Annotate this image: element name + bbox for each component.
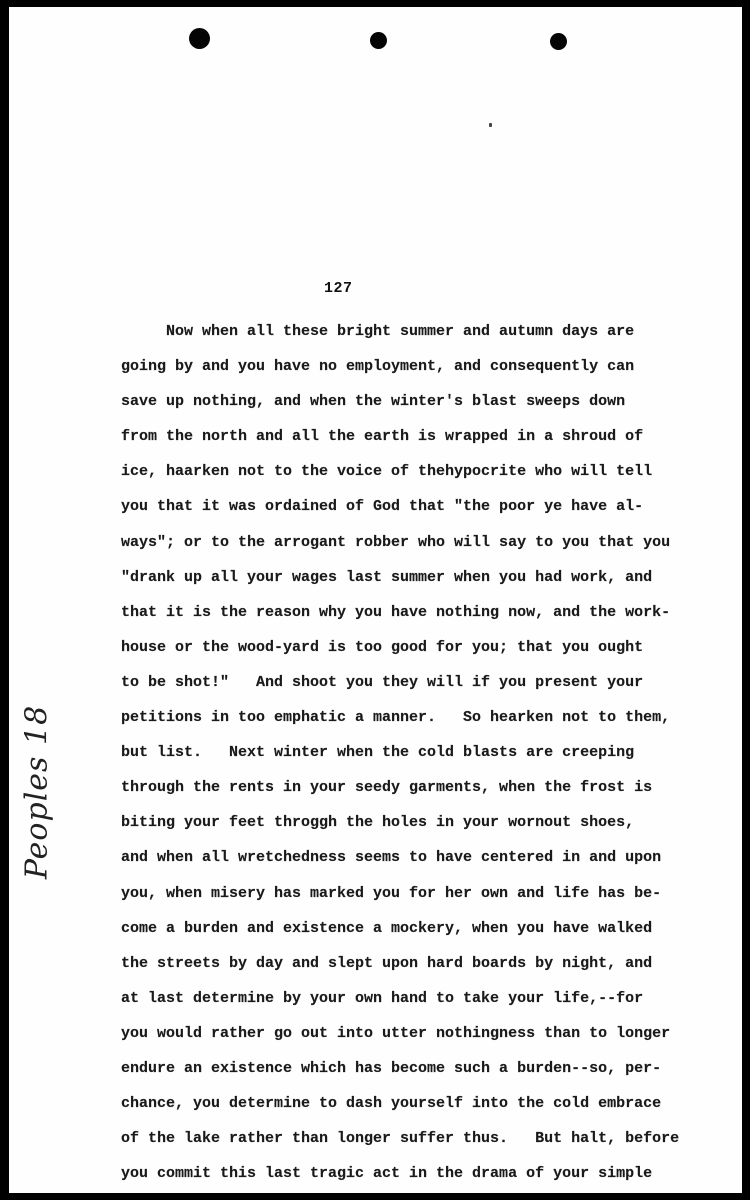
text-line: the streets by day and slept upon hard b… [121,946,721,981]
text-line: petitions in too emphatic a manner. So h… [121,700,721,735]
text-line: you that it was ordained of God that "th… [121,489,721,524]
typed-paragraph: Now when all these bright summer and aut… [121,314,721,1191]
text-line: endure an existence which has become suc… [121,1051,721,1086]
text-line: but list. Next winter when the cold blas… [121,735,721,770]
text-line: save up nothing, and when the winter's b… [121,384,721,419]
text-line: you, when misery has marked you for her … [121,876,721,911]
text-line: to be shot!" And shoot you they will if … [121,665,721,700]
punch-hole-left [189,28,210,49]
text-line: from the north and all the earth is wrap… [121,419,721,454]
punch-hole-right [550,33,567,50]
text-line: chance, you determine to dash yourself i… [121,1086,721,1121]
text-line: Now when all these bright summer and aut… [121,314,721,349]
text-line: "drank up all your wages last summer whe… [121,560,721,595]
text-line: biting your feet throggh the holes in yo… [121,805,721,840]
text-line: that it is the reason why you have nothi… [121,595,721,630]
text-line: ice, haarken not to the voice of thehypo… [121,454,721,489]
text-line: through the rents in your seedy garments… [121,770,721,805]
page-number: 127 [324,280,353,297]
handwritten-margin-note: Peoples 18 [20,705,55,879]
punch-hole-center [370,32,387,49]
document-page: 127 Now when all these bright summer and… [9,7,742,1193]
ink-speck [489,123,492,127]
text-line: ways"; or to the arrogant robber who wil… [121,525,721,560]
text-line: going by and you have no employment, and… [121,349,721,384]
text-line: and when all wretchedness seems to have … [121,840,721,875]
text-line: of the lake rather than longer suffer th… [121,1121,721,1156]
text-line: come a burden and existence a mockery, w… [121,911,721,946]
text-line: you commit this last tragic act in the d… [121,1156,721,1191]
text-line: house or the wood-yard is too good for y… [121,630,721,665]
text-line: at last determine by your own hand to ta… [121,981,721,1016]
text-line: you would rather go out into utter nothi… [121,1016,721,1051]
